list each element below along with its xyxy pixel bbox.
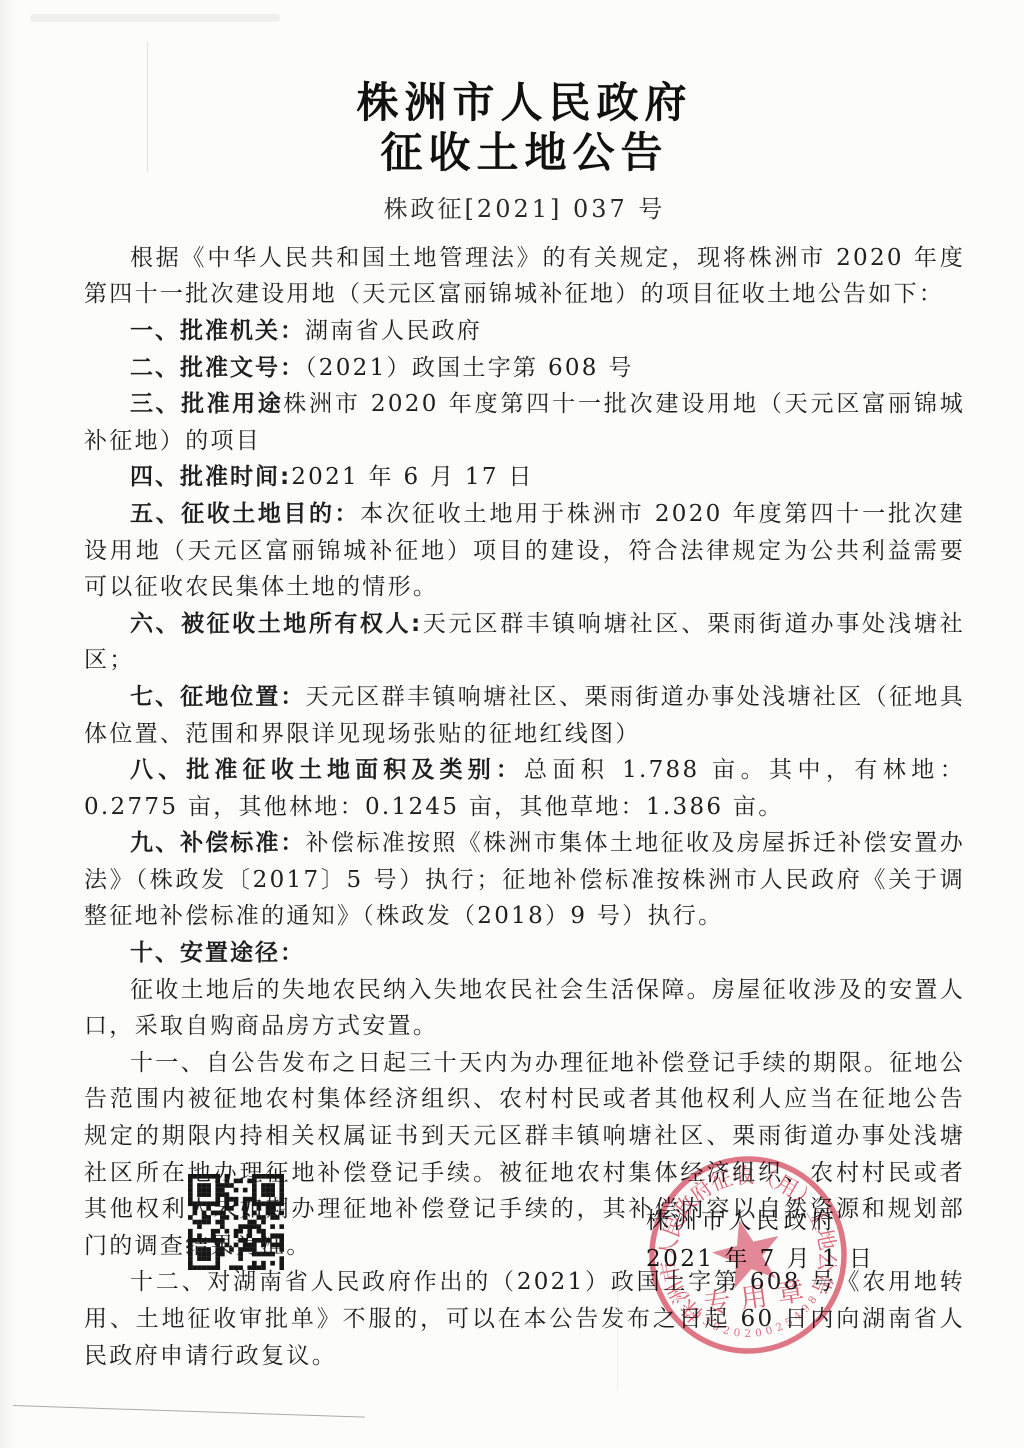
item-label: 七、征地位置： bbox=[130, 684, 305, 710]
scan-smudge bbox=[30, 14, 280, 22]
paragraph: 七、征地位置：天元区群丰镇响塘社区、栗雨街道办事处浅塘社区（征地具体位置、范围和… bbox=[84, 679, 965, 752]
paragraph: 十、安置途径： bbox=[84, 935, 965, 972]
item-label: 一、批准机关： bbox=[130, 318, 305, 344]
document-title: 株洲市人民政府 征收土地公告 bbox=[84, 78, 965, 179]
paragraph-text: 湖南省人民政府 bbox=[305, 318, 482, 344]
paragraph: 九、补偿标准：补偿标准按照《株洲市集体土地征收及房屋拆迁补偿安置办法》（株政发〔… bbox=[84, 825, 965, 935]
item-label: 五、征收土地目的： bbox=[130, 501, 360, 527]
paragraph: 八、批准征收土地面积及类别：总面积 1.788 亩。其中，有林地：0.2775 … bbox=[84, 752, 965, 825]
scanned-document-page: 株洲市人民政府 征收土地公告 株政征[2021] 037 号 根据《中华人民共和… bbox=[0, 0, 1024, 1448]
item-label: 六、被征收土地所有权人: bbox=[130, 611, 422, 637]
paragraph-text: （2021）政国土字第 608 号 bbox=[305, 355, 634, 381]
official-seal: 株洲市人民政府征收（用）土地公告 专用章 4302020025498 bbox=[636, 1143, 860, 1367]
item-label: 八、批准征收土地面积及类别： bbox=[130, 757, 524, 783]
paragraph-text: 征收土地后的失地农民纳入失地农民社会生活保障。房屋征收涉及的安置人口，采取自购商… bbox=[84, 977, 965, 1040]
item-label: 十、安置途径： bbox=[130, 940, 305, 966]
paragraph: 三、批准用途株洲市 2020 年度第四十一批次建设用地（天元区富丽锦城补征地）的… bbox=[84, 386, 965, 459]
paragraph: 征收土地后的失地农民纳入失地农民社会生活保障。房屋征收涉及的安置人口，采取自购商… bbox=[84, 972, 965, 1045]
item-label: 九、补偿标准： bbox=[130, 830, 305, 856]
paragraph: 五、征收土地目的：本次征收土地用于株洲市 2020 年度第四十一批次建设用地（天… bbox=[84, 496, 965, 606]
paragraph: 四、批准时间:2021 年 6 月 17 日 bbox=[84, 459, 965, 496]
paragraph-text: 2021 年 6 月 17 日 bbox=[291, 464, 534, 490]
scan-hairline bbox=[13, 1405, 365, 1418]
title-line-2: 征收土地公告 bbox=[84, 128, 965, 178]
document-number: 株政征[2021] 037 号 bbox=[84, 189, 965, 224]
paragraph: 根据《中华人民共和国土地管理法》的有关规定，现将株洲市 2020 年度第四十一批… bbox=[84, 240, 965, 313]
paragraph: 二、批准文号：（2021）政国土字第 608 号 bbox=[84, 350, 965, 387]
paragraph-text: 根据《中华人民共和国土地管理法》的有关规定，现将株洲市 2020 年度第四十一批… bbox=[84, 245, 965, 308]
paragraph: 六、被征收土地所有权人:天元区群丰镇响塘社区、栗雨街道办事处浅塘社区； bbox=[84, 606, 965, 679]
item-label: 二、批准文号： bbox=[130, 355, 305, 381]
qr-code bbox=[188, 1174, 284, 1270]
item-label: 三、批准用途 bbox=[130, 391, 283, 417]
paragraph: 一、批准机关：湖南省人民政府 bbox=[84, 313, 965, 350]
title-line-1: 株洲市人民政府 bbox=[84, 78, 965, 128]
item-label: 四、批准时间: bbox=[130, 464, 291, 490]
